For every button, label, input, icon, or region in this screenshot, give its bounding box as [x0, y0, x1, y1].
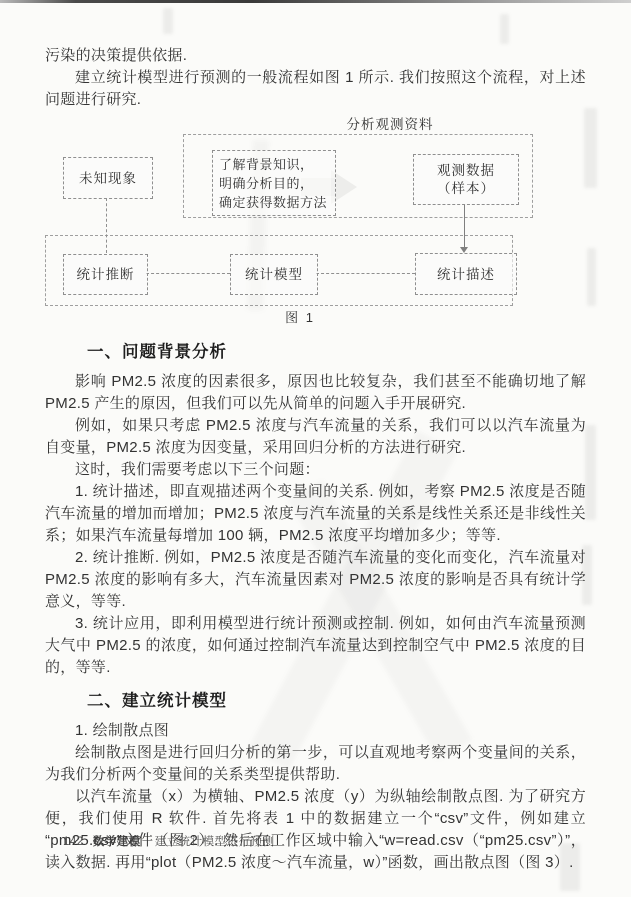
scan-smudge: [587, 248, 596, 306]
scan-edge-artifact: [0, 0, 631, 3]
page-body: 污染的决策提供依据. 建立统计模型进行预测的一般流程如图 1 所示. 我们按照这…: [45, 45, 586, 874]
chapter-title: 建立统计模型进行预测: [155, 836, 275, 848]
figure-1-flowchart: 分析观测资料 未知现象 了解背景知识， 明确分析目的， 确定获得数据方法 观测数…: [45, 118, 586, 330]
subsection-title: 1. 绘制散点图: [45, 720, 586, 742]
scanned-book-page: 污染的决策提供依据. 建立统计模型进行预测的一般流程如图 1 所示. 我们按照这…: [0, 0, 631, 897]
paragraph: 建立统计模型进行预测的一般流程如图 1 所示. 我们按照这个流程，对上述问题进行…: [45, 67, 586, 111]
paragraph: 这时，我们需要考虑以下三个问题：: [45, 459, 586, 481]
flow-box-label-line: 观测数据: [437, 162, 495, 180]
paragraph: 影响 PM2.5 浓度的因素很多，原因也比较复杂，我们甚至不能确切地了解 PM2…: [45, 371, 586, 415]
flow-box-unknown-phenomenon: 未知现象: [63, 157, 153, 199]
paragraph-continuation: 污染的决策提供依据.: [45, 45, 586, 67]
flow-box-statistical-description: 统计描述: [415, 253, 517, 295]
page-number: 142: [63, 836, 84, 848]
paragraph-list-item-1: 1. 统计描述，即直观描述两个变量间的关系. 例如，考察 PM2.5 浓度是否随…: [45, 481, 586, 547]
paragraph-list-item-3: 3. 统计应用，即利用模型进行统计预测或控制. 例如，如何由汽车流量预测大气中 …: [45, 613, 586, 679]
figure-caption: 图 1: [45, 309, 555, 326]
paragraph: 以汽车流量（x）为横轴、PM2.5 浓度（y）为纵轴绘制散点图. 为了研究方便，…: [45, 786, 586, 874]
figure-top-label: 分析观测资料: [295, 116, 485, 133]
connector-model-description: [316, 273, 415, 274]
flow-box-label-line: （样本）: [437, 180, 495, 198]
flow-box-label-line: 了解背景知识，: [219, 155, 314, 174]
connector-unknown-to-inference: [106, 198, 107, 253]
scan-smudge: [163, 8, 173, 34]
paragraph: 例如，如果只考虑 PM2.5 浓度与汽车流量的关系，我们可以以汽车流量为自变量，…: [45, 415, 586, 459]
flow-box-label: 统计模型: [245, 266, 303, 283]
flow-box-label-line: 确定获得数据方法: [219, 193, 327, 212]
page-footer: 142数学建模建立统计模型进行预测: [63, 833, 275, 849]
scan-smudge: [500, 14, 509, 44]
connector-inference-model: [146, 273, 230, 274]
flow-box-label: 未知现象: [79, 170, 137, 187]
section-heading-1: 一、问题背景分析: [45, 342, 586, 362]
flow-box-statistical-model: 统计模型: [230, 254, 318, 295]
scan-smudge: [585, 425, 596, 520]
flow-box-label: 统计描述: [437, 266, 495, 283]
paragraph-list-item-2: 2. 统计推断. 例如，PM2.5 浓度是否随汽车流量的变化而变化，汽车流量对 …: [45, 547, 586, 613]
paragraph: 绘制散点图是进行回归分析的第一步，可以直观地考察两个变量间的关系，为我们分析两个…: [45, 742, 586, 786]
flow-box-method: 了解背景知识， 明确分析目的， 确定获得数据方法: [212, 150, 336, 216]
flow-box-label: 统计推断: [77, 266, 135, 283]
book-title: 数学建模: [93, 836, 141, 848]
connector-data-to-description: [464, 204, 465, 248]
flow-box-label-line: 明确分析目的，: [219, 174, 314, 193]
section-heading-2: 二、建立统计模型: [45, 691, 586, 711]
flow-box-observed-data: 观测数据 （样本）: [413, 154, 519, 205]
flow-box-statistical-inference: 统计推断: [63, 254, 148, 295]
